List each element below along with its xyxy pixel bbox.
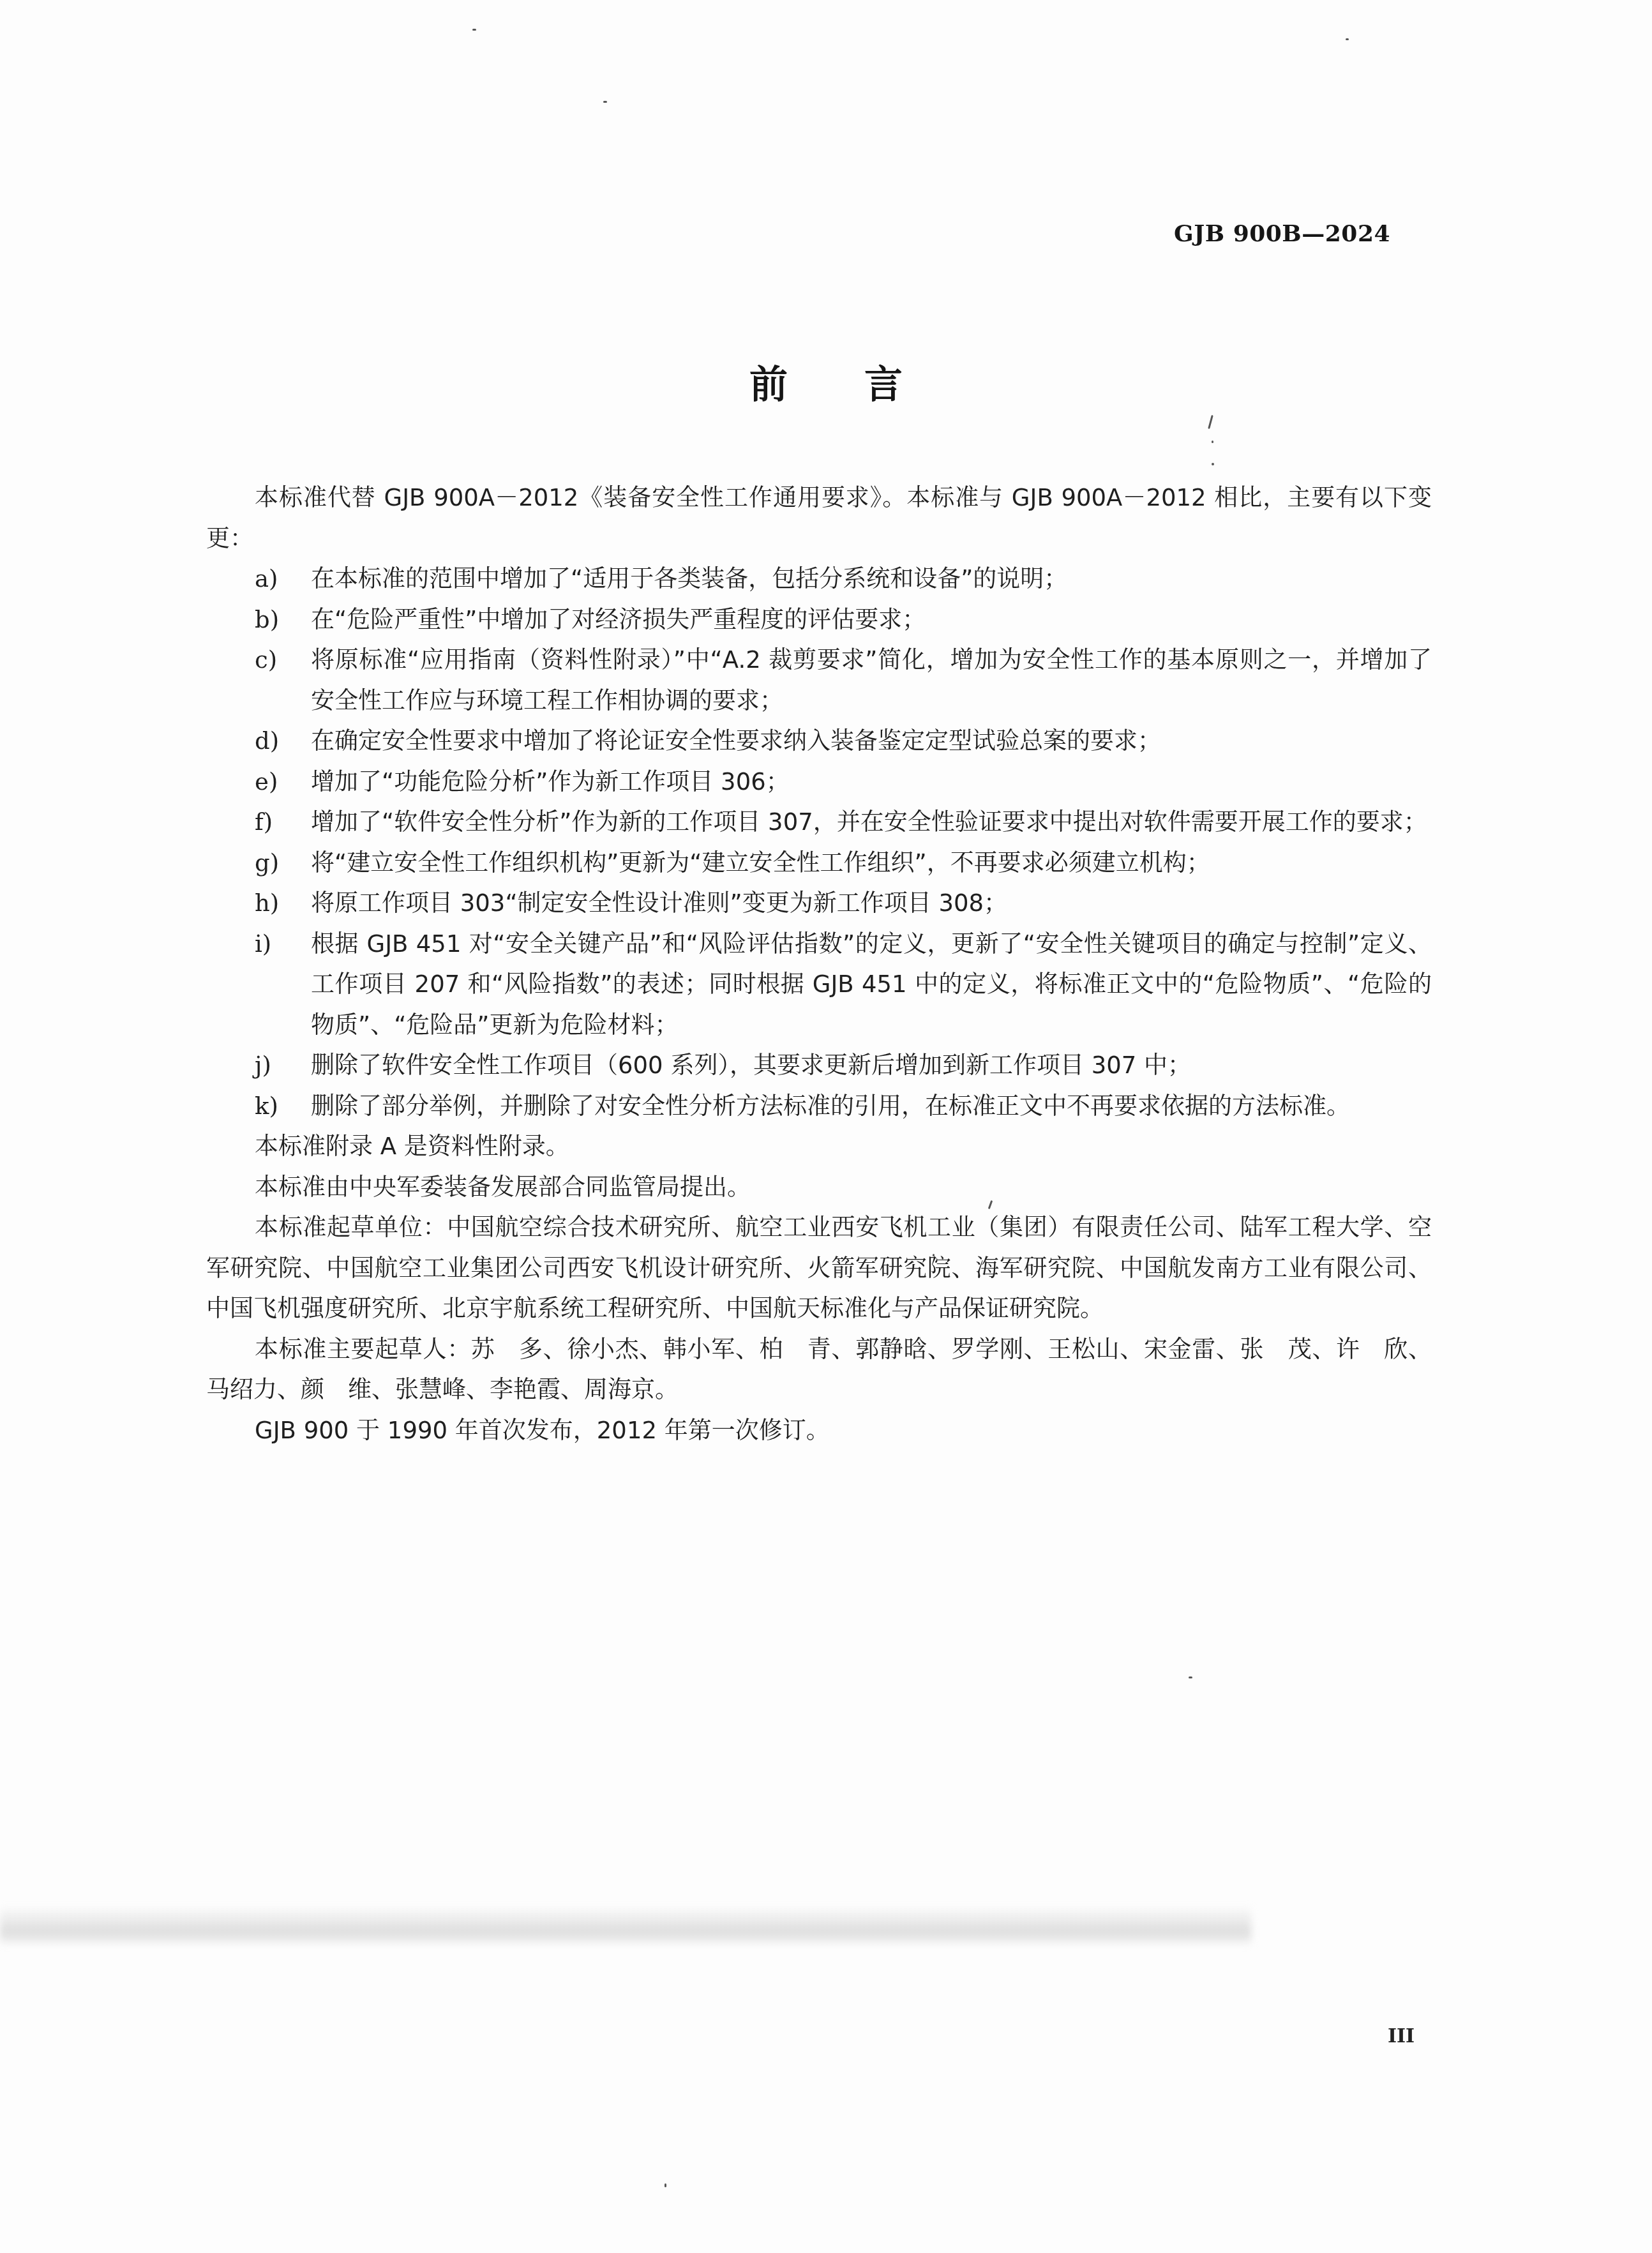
list-item-text: 增加了“功能危险分析”作为新工作项目 306； [311,768,790,795]
list-item-text: 在本标准的范围中增加了“适用于各类装备，包括分系统和设备”的说明； [311,565,1067,592]
drafters-paragraph: 本标准主要起草人：苏 多、徐小杰、韩小军、柏 青、郭静晗、罗学刚、王松山、宋金雷… [206,1329,1432,1410]
list-marker: h) [255,883,279,924]
list-item-text: 将原工作项目 303“制定安全性设计准则”变更为新工作项目 308； [311,889,1007,917]
list-marker: k) [255,1086,278,1127]
proposer-paragraph: 本标准由中央军委装备发展部合同监管局提出。 [206,1167,1432,1208]
list-item: h)将原工作项目 303“制定安全性设计准则”变更为新工作项目 308； [206,883,1432,924]
scan-speck [603,101,607,103]
change-list: a)在本标准的范围中增加了“适用于各类装备，包括分系统和设备”的说明； b)在“… [206,559,1432,1126]
scan-speck [472,29,476,31]
list-item-text: 删除了部分举例，并删除了对安全性分析方法标准的引用，在标准正文中不再要求依据的方… [311,1092,1350,1120]
scan-speck [665,2183,666,2187]
list-item-text: 增加了“软件安全性分析”作为新的工作项目 307，并在安全性验证要求中提出对软件… [311,808,1427,836]
list-item: c)将原标准“应用指南（资料性附录）”中“A.2 裁剪要求”简化，增加为安全性工… [206,640,1432,721]
appendix-note: 本标准附录 A 是资料性附录。 [206,1126,1432,1167]
list-item: e)增加了“功能危险分析”作为新工作项目 306； [206,762,1432,802]
intro-paragraph: 本标准代替 GJB 900A－2012《装备安全性工作通用要求》。本标准与 GJ… [206,478,1432,559]
scan-speck [1208,415,1213,429]
list-item: a)在本标准的范围中增加了“适用于各类装备，包括分系统和设备”的说明； [206,559,1432,599]
list-item-text: 在确定安全性要求中增加了将论证安全性要求纳入装备鉴定定型试验总案的要求； [311,727,1161,755]
scan-speck [1189,1677,1192,1678]
list-item: j)删除了软件安全性工作项目（600 系列），其要求更新后增加到新工作项目 30… [206,1045,1432,1086]
foreword-body: 本标准代替 GJB 900A－2012《装备安全性工作通用要求》。本标准与 GJ… [206,478,1432,1451]
scan-speck [933,1254,935,1256]
list-marker: c) [255,640,277,681]
list-marker: i) [255,924,271,965]
list-item-text: 在“危险严重性”中增加了对经济损失严重程度的评估要求； [311,606,926,633]
list-item-text: 将原标准“应用指南（资料性附录）”中“A.2 裁剪要求”简化，增加为安全性工作的… [311,646,1432,714]
list-item: f)增加了“软件安全性分析”作为新的工作项目 307，并在安全性验证要求中提出对… [206,802,1432,843]
page-number: III [1388,2025,1415,2047]
list-item-text: 根据 GJB 451 对“安全关键产品”和“风险评估指数”的定义，更新了“安全性… [311,930,1432,1039]
list-item: b)在“危险严重性”中增加了对经济损失严重程度的评估要求； [206,599,1432,640]
list-marker: f) [255,802,273,843]
list-item-text: 删除了软件安全性工作项目（600 系列），其要求更新后增加到新工作项目 307 … [311,1051,1191,1079]
list-item: i)根据 GJB 451 对“安全关键产品”和“风险评估指数”的定义，更新了“安… [206,924,1432,1046]
list-item: g)将“建立安全性工作组织机构”更新为“建立安全性工作组织”，不再要求必须建立机… [206,843,1432,884]
list-item: d)在确定安全性要求中增加了将论证安全性要求纳入装备鉴定定型试验总案的要求； [206,721,1432,762]
list-marker: g) [255,843,279,884]
standard-code: GJB 900B—2024 [1174,220,1390,247]
list-item-text: 将“建立安全性工作组织机构”更新为“建立安全性工作组织”，不再要求必须建立机构； [311,849,1210,877]
list-marker: d) [255,721,279,762]
page-title: 前言 [0,354,1652,409]
document-page: GJB 900B—2024 前言 本标准代替 GJB 900A－2012《装备安… [0,0,1652,2253]
list-marker: e) [255,762,278,802]
list-marker: a) [255,559,278,599]
list-item: k)删除了部分举例，并删除了对安全性分析方法标准的引用，在标准正文中不再要求依据… [206,1086,1432,1127]
scan-speck [1346,38,1349,40]
list-marker: b) [255,599,279,640]
list-marker: j) [255,1045,271,1086]
history-paragraph: GJB 900 于 1990 年首次发布，2012 年第一次修订。 [206,1410,1432,1451]
scan-speck [1212,463,1214,465]
drafting-units-paragraph: 本标准起草单位：中国航空综合技术研究所、航空工业西安飞机工业（集团）有限责任公司… [206,1207,1432,1329]
scan-speck [1212,441,1213,443]
scan-shadow-artifact [0,1906,1251,1944]
